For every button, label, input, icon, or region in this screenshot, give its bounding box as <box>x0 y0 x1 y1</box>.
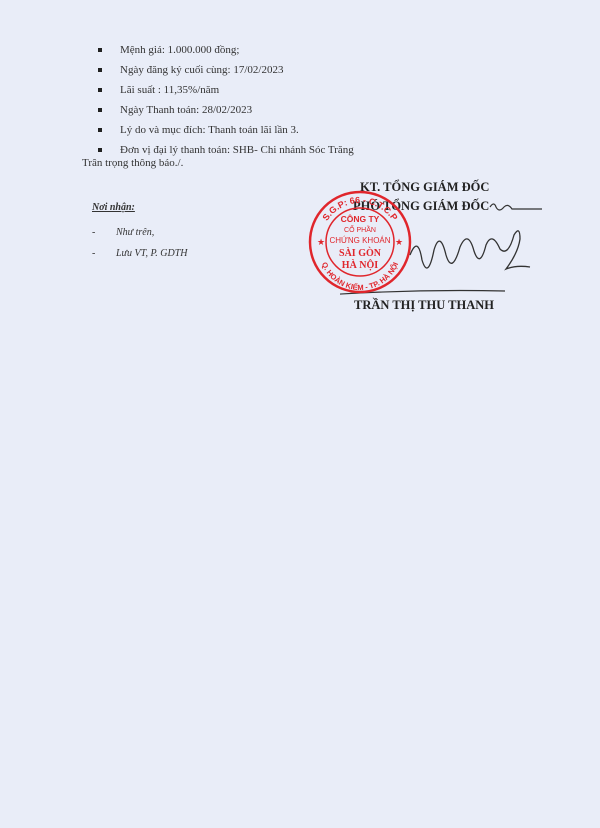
detail-item: Lý do và mục đích: Thanh toán lãi lần 3. <box>98 120 354 140</box>
closing-text: Trân trọng thông báo./. <box>82 157 183 169</box>
company-stamp-icon: S.G.P: 66 - C.T.C.P Q. HOÀN KIẾM - TP. H… <box>307 189 413 295</box>
recipient-item: -Như trên, <box>92 222 188 243</box>
bullet-icon <box>98 88 102 92</box>
detail-item: Lãi suất : 11,35%/năm <box>98 80 354 100</box>
bullet-icon <box>98 48 102 52</box>
dash-icon: - <box>92 243 95 264</box>
detail-item: Mệnh giá: 1.000.000 đồng; <box>98 40 354 60</box>
svg-text:CHỨNG KHOÁN: CHỨNG KHOÁN <box>329 236 390 245</box>
recipients-block: Nơi nhận: -Như trên, -Lưu VT, P. GDTH <box>92 202 188 264</box>
svg-text:CỔ PHẦN: CỔ PHẦN <box>344 224 376 234</box>
svg-text:SÀI GÒN: SÀI GÒN <box>339 247 382 259</box>
svg-text:★: ★ <box>395 237 403 247</box>
recipients-title: Nơi nhận: <box>92 202 188 213</box>
bullet-icon <box>98 68 102 72</box>
bullet-icon <box>98 128 102 132</box>
details-list: Mệnh giá: 1.000.000 đồng; Ngày đăng ký c… <box>98 40 354 160</box>
svg-text:★: ★ <box>317 237 325 247</box>
bullet-icon <box>98 108 102 112</box>
svg-text:HÀ NỘI: HÀ NỘI <box>342 258 379 271</box>
document-page: Mệnh giá: 1.000.000 đồng; Ngày đăng ký c… <box>0 0 600 828</box>
bullet-icon <box>98 148 102 152</box>
recipient-item: -Lưu VT, P. GDTH <box>92 243 188 264</box>
signer-name: TRẦN THỊ THU THANH <box>354 298 494 313</box>
dash-icon: - <box>92 222 95 243</box>
svg-text:CÔNG TY: CÔNG TY <box>341 213 380 224</box>
detail-item: Ngày đăng ký cuối cùng: 17/02/2023 <box>98 60 354 80</box>
detail-item: Ngày Thanh toán: 28/02/2023 <box>98 100 354 120</box>
